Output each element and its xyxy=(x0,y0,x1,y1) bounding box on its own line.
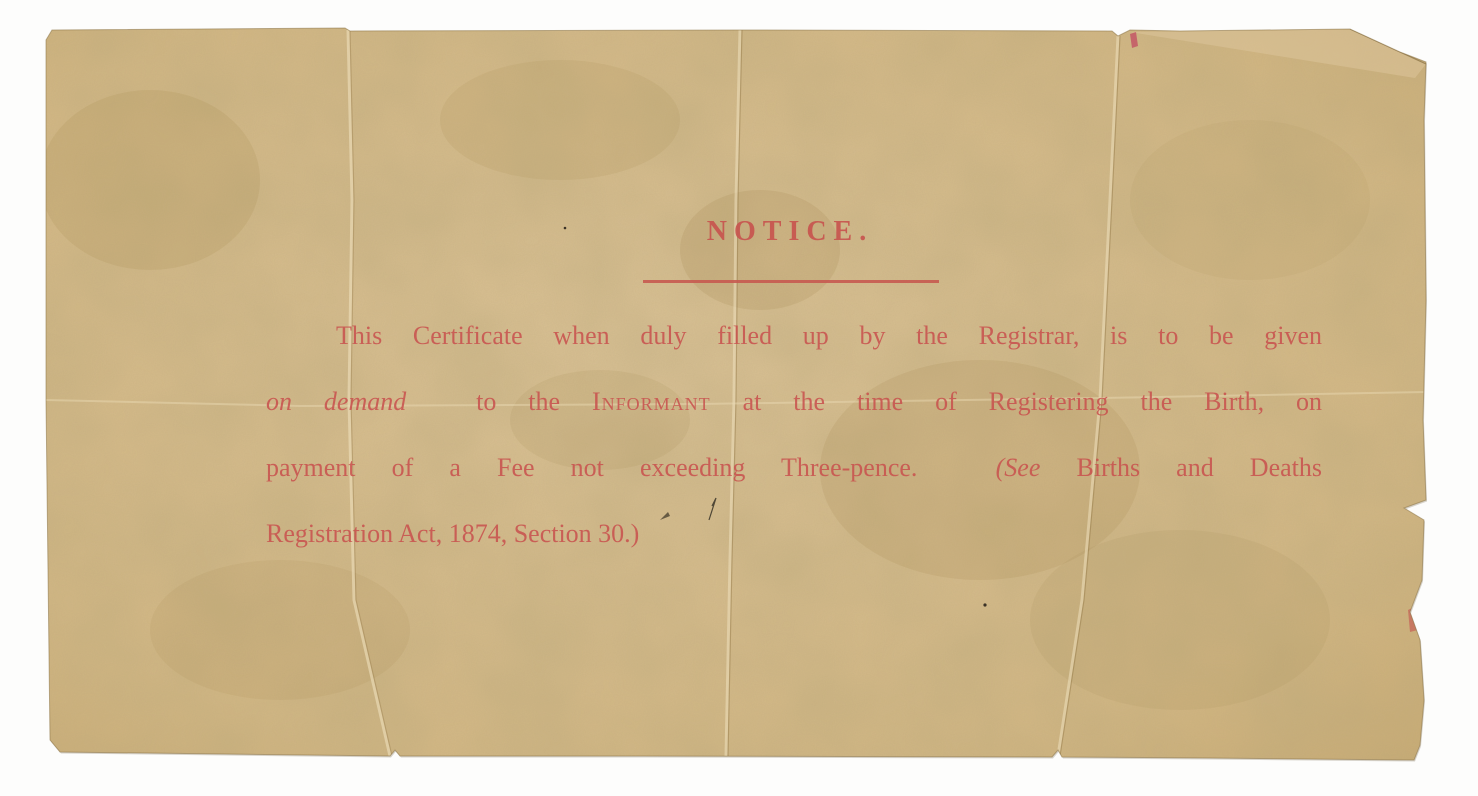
see-italic: (See xyxy=(996,453,1041,482)
heading-rule xyxy=(643,280,939,283)
notice-line-1: This Certificate when duly filled up by … xyxy=(336,319,1322,353)
informant-smallcaps: Informant xyxy=(592,387,711,416)
printed-notice: NOTICE. This Certificate when duly fille… xyxy=(0,0,1478,796)
line-3-text-a: payment of a Fee not exceeding Three-pen… xyxy=(266,453,917,482)
notice-line-2: on demand to the Informant at the time o… xyxy=(266,385,1322,419)
scanned-document: NOTICE. This Certificate when duly fille… xyxy=(0,0,1478,796)
line-2-text-b: at the time of Registering the Birth, on xyxy=(743,387,1322,416)
notice-line-3: payment of a Fee not exceeding Three-pen… xyxy=(266,451,1322,485)
line-3-text-b: Births and Deaths xyxy=(1077,453,1323,482)
line-2-text-a: to the xyxy=(476,387,560,416)
notice-heading: NOTICE. xyxy=(640,216,940,248)
on-demand-italic: on demand xyxy=(266,387,406,416)
notice-line-4: Registration Act, 1874, Section 30.) xyxy=(266,517,639,551)
